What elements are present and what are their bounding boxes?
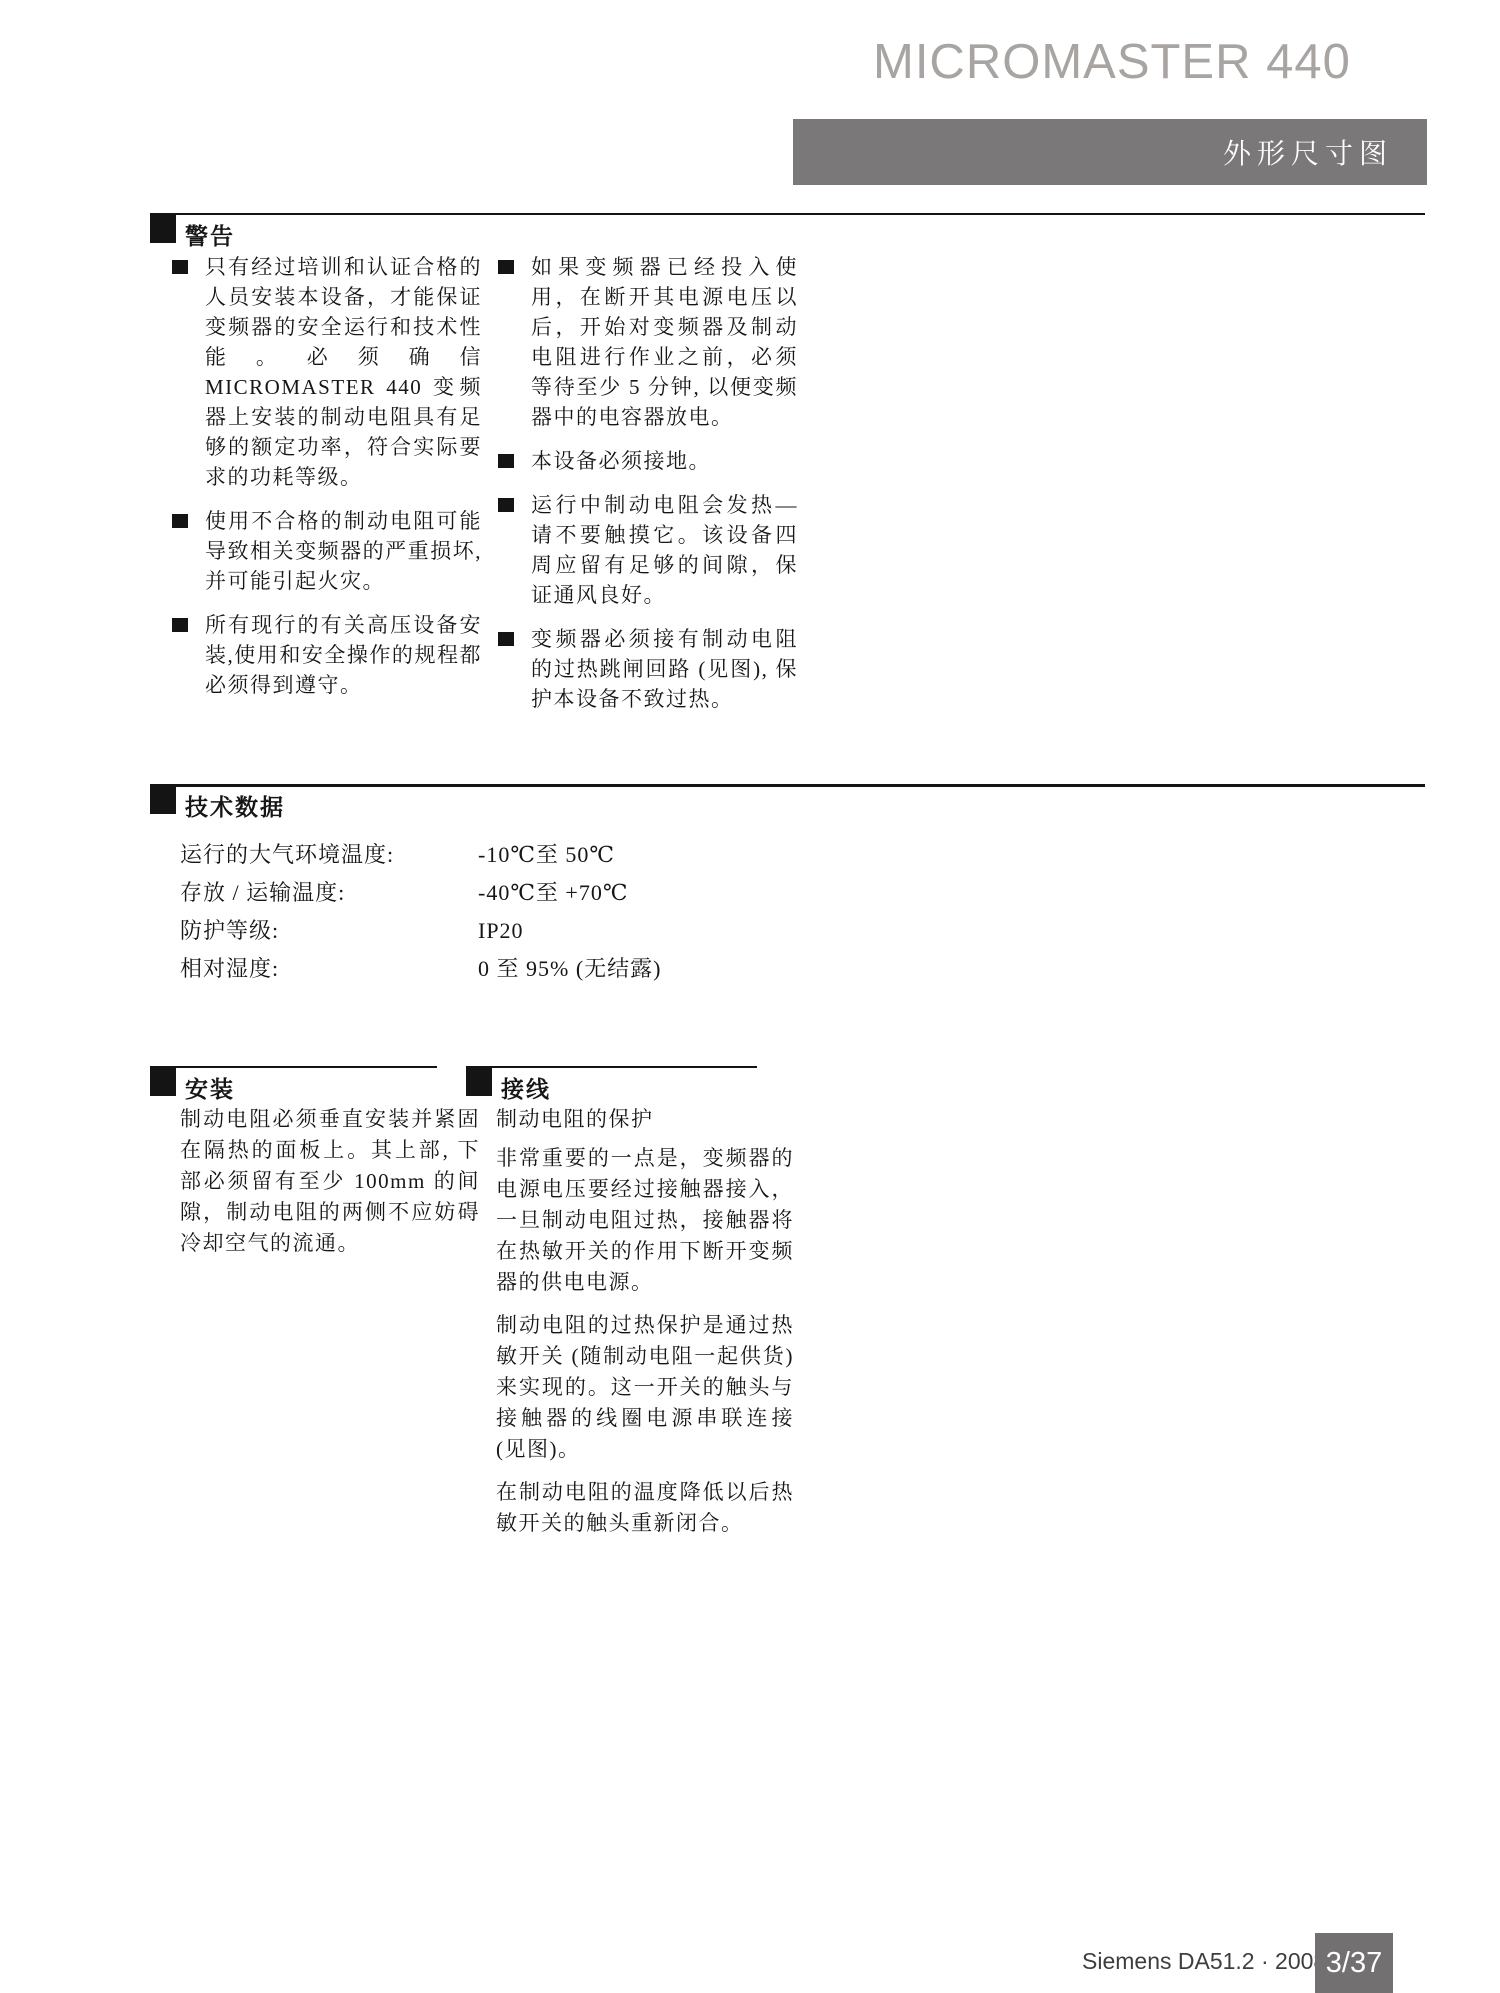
warning-heading: 警告 (185, 218, 235, 251)
warning-list-right: 如果变频器已经投入使用，在断开其电源电压以后，开始对变频器及制动电阻进行作业之前… (498, 252, 798, 728)
bullet-square-icon (172, 514, 188, 528)
section-banner: 外形尺寸图 (793, 119, 1427, 185)
warning-item: 使用不合格的制动电阻可能导致相关变频器的严重损坏,并可能引起火灾。 (172, 506, 482, 596)
bullet-square-icon (498, 260, 514, 274)
page-number-badge: 3/37 (1315, 1933, 1393, 1993)
section-marker-square (150, 784, 176, 814)
wiring-paragraph: 非常重要的一点是，变频器的电源电压要经过接触器接入，一旦制动电阻过热，接触器将在… (496, 1143, 794, 1298)
warning-item: 如果变频器已经投入使用，在断开其电源电压以后，开始对变频器及制动电阻进行作业之前… (498, 252, 798, 432)
bullet-square-icon (172, 618, 188, 632)
section-rule (176, 1066, 437, 1068)
warning-item-text: 使用不合格的制动电阻可能导致相关变频器的严重损坏,并可能引起火灾。 (205, 509, 482, 593)
warning-item-text: 本设备必须接地。 (531, 449, 711, 473)
tech-heading: 技术数据 (185, 789, 285, 822)
warning-section-header: 警告 (150, 212, 1425, 246)
warning-item-text: 运行中制动电阻会发热—请不要触摸它。该设备四周应留有足够的间隙，保证通风良好。 (531, 493, 798, 607)
warning-item-text: 如果变频器已经投入使用，在断开其电源电压以后，开始对变频器及制动电阻进行作业之前… (531, 255, 798, 429)
warning-item: 运行中制动电阻会发热—请不要触摸它。该设备四周应留有足够的间隙，保证通风良好。 (498, 490, 798, 610)
wiring-heading: 接线 (501, 1071, 551, 1104)
banner-label: 外形尺寸图 (1223, 132, 1393, 172)
warning-item: 所有现行的有关高压设备安装,使用和安全操作的规程都必须得到遵守。 (172, 610, 482, 700)
warning-item-text: 所有现行的有关高压设备安装,使用和安全操作的规程都必须得到遵守。 (205, 613, 482, 697)
bullet-square-icon (172, 260, 188, 274)
bullet-square-icon (498, 454, 514, 468)
warning-item: 只有经过培训和认证合格的人员安装本设备，才能保证变频器的安全运行和技术性能。必须… (172, 252, 482, 492)
tech-row: 相对湿度: 0 至 95% (无结露) (180, 954, 940, 992)
install-heading: 安装 (185, 1071, 235, 1104)
tech-value: -10℃至 50℃ (478, 840, 615, 870)
tech-section-header: 技术数据 (150, 783, 1425, 817)
page-number: 3/37 (1326, 1947, 1382, 1980)
section-marker-square (150, 1066, 176, 1096)
warning-item: 本设备必须接地。 (498, 446, 798, 476)
wiring-paragraph: 制动电阻的过热保护是通过热敏开关 (随制动电阻一起供货) 来实现的。这一开关的触… (496, 1310, 794, 1465)
tech-label: 存放 / 运输温度: (180, 880, 345, 905)
bullet-square-icon (498, 632, 514, 646)
install-section-header: 安装 (150, 1065, 440, 1099)
tech-label: 运行的大气环境温度: (180, 842, 394, 867)
wiring-paragraph: 在制动电阻的温度降低以后热敏开关的触头重新闭合。 (496, 1477, 794, 1539)
warning-item-text: 变频器必须接有制动电阻的过热跳闸回路 (见图), 保护本设备不致过热。 (531, 627, 798, 711)
install-body: 制动电阻必须垂直安装并紧固在隔热的面板上。其上部, 下部必须留有至少 100mm… (180, 1104, 480, 1271)
tech-row: 存放 / 运输温度: -40℃至 +70℃ (180, 878, 940, 916)
tech-row: 运行的大气环境温度: -10℃至 50℃ (180, 840, 940, 878)
bullet-square-icon (498, 498, 514, 512)
tech-value: 0 至 95% (无结露) (478, 954, 661, 984)
section-rule (176, 784, 1425, 787)
section-marker-square (150, 213, 176, 243)
tech-value: IP20 (478, 916, 524, 946)
warning-item: 变频器必须接有制动电阻的过热跳闸回路 (见图), 保护本设备不致过热。 (498, 624, 798, 714)
tech-label: 防护等级: (180, 918, 279, 943)
warning-item-text: 只有经过培训和认证合格的人员安装本设备，才能保证变频器的安全运行和技术性能。必须… (205, 255, 482, 489)
tech-row: 防护等级: IP20 (180, 916, 940, 954)
tech-label: 相对湿度: (180, 956, 279, 981)
section-marker-square (466, 1066, 492, 1096)
wiring-subtitle: 制动电阻的保护 (496, 1104, 794, 1135)
section-rule (176, 213, 1425, 215)
tech-data-table: 运行的大气环境温度: -10℃至 50℃ 存放 / 运输温度: -40℃至 +7… (180, 840, 940, 992)
tech-value: -40℃至 +70℃ (478, 878, 628, 908)
install-paragraph: 制动电阻必须垂直安装并紧固在隔热的面板上。其上部, 下部必须留有至少 100mm… (180, 1104, 480, 1259)
document-page: MICROMASTER 440 外形尺寸图 警告 只有经过培训和认证合格的人员安… (0, 0, 1500, 1993)
wiring-section-header: 接线 (466, 1065, 761, 1099)
page-title: MICROMASTER 440 (873, 36, 1351, 88)
warning-list-left: 只有经过培训和认证合格的人员安装本设备，才能保证变频器的安全运行和技术性能。必须… (172, 252, 482, 714)
wiring-body: 制动电阻的保护 非常重要的一点是，变频器的电源电压要经过接触器接入，一旦制动电阻… (496, 1104, 794, 1551)
section-rule (492, 1066, 757, 1068)
